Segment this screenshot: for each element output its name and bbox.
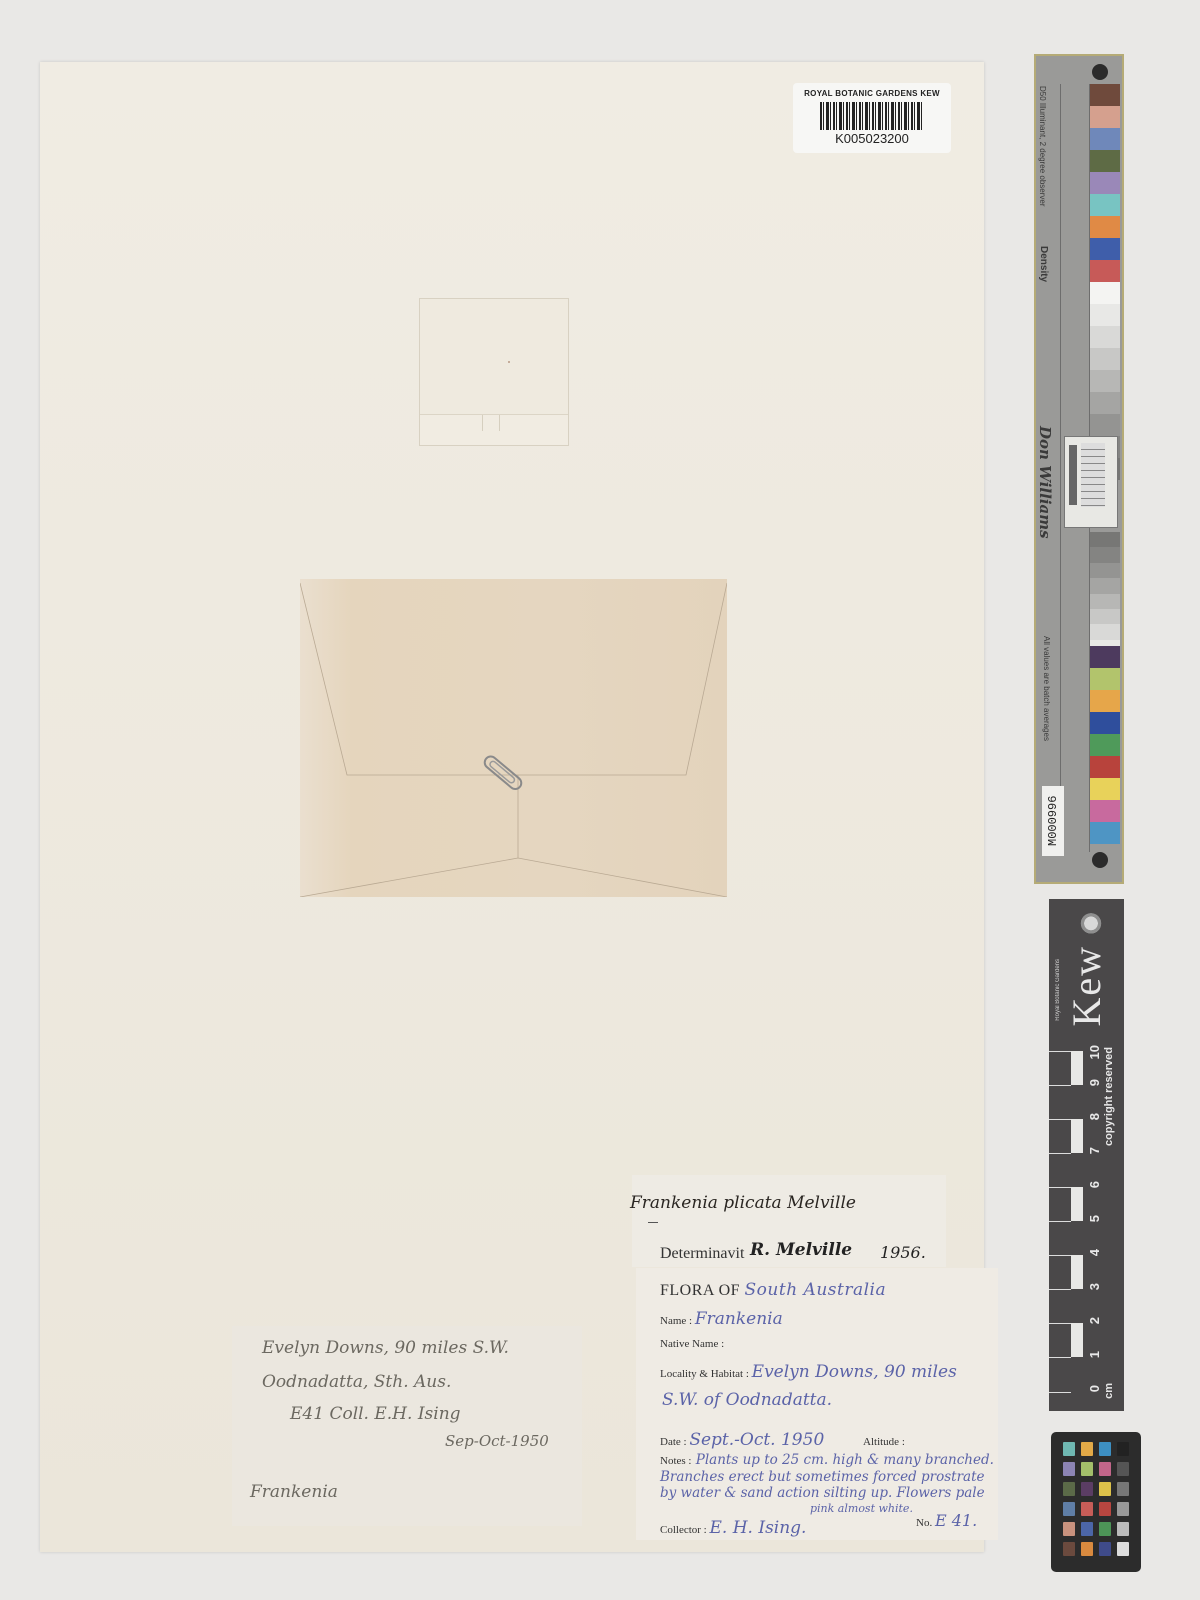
specimen-envelope[interactable] (300, 579, 727, 897)
scale-strip (1071, 1289, 1083, 1323)
date-value: Sept.-Oct. 1950 (689, 1430, 824, 1450)
scale-number: 9 (1087, 1079, 1102, 1086)
altitude-label: Altitude : (863, 1436, 905, 1448)
colour-swatch (1090, 238, 1120, 260)
checker-patch (1081, 1502, 1093, 1516)
scale-strip (1071, 1323, 1083, 1357)
name-value: Frankenia (695, 1309, 783, 1329)
checker-patch (1117, 1442, 1129, 1456)
scale-block (1049, 1153, 1071, 1189)
scale-number: 5 (1087, 1215, 1102, 1222)
locality-row-2: S.W. of Oodnadatta. (662, 1390, 832, 1410)
scale-strip (1071, 1187, 1083, 1221)
locality-row: Locality & Habitat : Evelyn Downs, 90 mi… (660, 1362, 957, 1382)
determination-year: 1956. (880, 1243, 926, 1262)
scale-number: 0 (1087, 1385, 1102, 1392)
colour-swatch (1090, 106, 1120, 128)
copyright-notice: copyright reserved (1103, 1047, 1115, 1146)
barcode-number: K005023200 (793, 131, 951, 146)
colour-swatch (1090, 734, 1120, 756)
checker-patch (1081, 1442, 1093, 1456)
notes-line-1: Plants up to 25 cm. high & many branched… (696, 1452, 994, 1468)
colour-swatch (1090, 150, 1120, 172)
institution-name: ROYAL BOTANIC GARDENS KEW (793, 89, 951, 98)
colour-swatch (1090, 194, 1120, 216)
gray-swatch (1090, 326, 1120, 348)
collector-label: Collector : (660, 1524, 707, 1536)
specimen-fragment (508, 361, 510, 363)
locality-label: Locality & Habitat : (660, 1368, 749, 1380)
colour-swatch (1090, 822, 1120, 844)
checker-patch (1063, 1522, 1075, 1536)
determined-taxon: Frankenia plicata Melville (630, 1193, 856, 1213)
slip-line-3: E41 Coll. E.H. Ising (290, 1404, 461, 1424)
gray-swatch (1090, 370, 1120, 392)
native-name-row: Native Name : (660, 1338, 724, 1350)
colour-swatch (1090, 756, 1120, 778)
colour-swatch (1090, 690, 1120, 712)
colour-calibration-ruler: D50 Illuminant, 2 degree observer Densit… (1034, 54, 1124, 884)
density-target (1064, 436, 1118, 528)
envelope-fold-lines (300, 579, 727, 897)
density-label: Density (1038, 246, 1049, 282)
colour-swatch (1090, 778, 1120, 800)
scale-strip (1071, 1357, 1083, 1391)
checker-patch (1081, 1542, 1093, 1556)
barcode-label: ROYAL BOTANIC GARDENS KEW K005023200 (793, 83, 951, 153)
slip-line-1: Evelyn Downs, 90 miles S.W. (262, 1338, 509, 1358)
checker-patch (1117, 1482, 1129, 1496)
checker-patch (1099, 1502, 1111, 1516)
notes-block: Notes : Plants up to 25 cm. high & many … (660, 1452, 1000, 1517)
colour-swatch (1090, 128, 1120, 150)
scale-number: 3 (1087, 1283, 1102, 1290)
gray-swatch (1090, 304, 1120, 326)
date-label: Date : (660, 1436, 687, 1448)
scale-number: 1 (1087, 1351, 1102, 1358)
slip-line-4: Sep-Oct-1950 (445, 1432, 549, 1450)
checker-patch (1117, 1522, 1129, 1536)
slip-line-2: Oodnadatta, Sth. Aus. (262, 1372, 451, 1392)
flora-title-prefix: FLORA OF (660, 1282, 740, 1299)
colour-swatch (1090, 216, 1120, 238)
determinavit-label: Determinavit (660, 1245, 744, 1263)
number-row: No. E 41. (916, 1511, 977, 1530)
number-label: No. (916, 1517, 932, 1529)
barcode-icon (820, 102, 924, 130)
date-row: Date : Sept.-Oct. 1950 Altitude : (660, 1430, 905, 1450)
scale-block (1049, 1051, 1071, 1087)
determiner-signature: R. Melville (750, 1240, 852, 1260)
ruler-side-note: D50 Illuminant, 2 degree observer (1038, 86, 1047, 207)
gray-swatch (1090, 282, 1120, 304)
scale-strip (1071, 1051, 1083, 1085)
kew-logo: Kew (1063, 945, 1110, 1027)
scale-number: 8 (1087, 1113, 1102, 1120)
fragment-packet[interactable] (419, 298, 569, 446)
locality-line-1: Evelyn Downs, 90 miles (752, 1362, 957, 1382)
checker-patch (1063, 1502, 1075, 1516)
collector-row: Collector : E. H. Ising. (660, 1518, 806, 1538)
scale-strip (1071, 1153, 1083, 1187)
notes-line-2: Branches erect but sometimes forced pros… (660, 1469, 1000, 1485)
checker-patch (1099, 1442, 1111, 1456)
scale-block (1049, 1085, 1071, 1121)
colour-checker-card (1051, 1432, 1141, 1572)
gray-swatch (1090, 392, 1120, 414)
scale-strip (1071, 1085, 1083, 1119)
flora-region: South Australia (745, 1280, 887, 1300)
kew-subtitle: Royal Botanic Gardens (1055, 959, 1061, 1021)
slip-line-5: Frankenia (250, 1482, 338, 1502)
checker-patch (1081, 1482, 1093, 1496)
checker-patch (1117, 1542, 1129, 1556)
colour-swatch (1090, 668, 1120, 690)
ruler-hole (1092, 852, 1108, 868)
checker-patch (1081, 1522, 1093, 1536)
kew-scale-bar: Royal Botanic Gardens Kew copyright rese… (1049, 899, 1124, 1411)
scale-block (1049, 1221, 1071, 1257)
density-scale (1081, 443, 1105, 507)
checker-patch (1063, 1482, 1075, 1496)
ruler-average-note: All values are batch averages (1042, 636, 1051, 741)
colour-swatch (1090, 84, 1120, 106)
notes-label: Notes : (660, 1455, 691, 1467)
checker-patch (1063, 1462, 1075, 1476)
ruler-brand: Don Williams (1036, 426, 1054, 539)
notes-line-3: by water & sand action silting up. Flowe… (660, 1485, 1000, 1501)
scale-block (1049, 1357, 1071, 1393)
colour-swatch (1090, 172, 1120, 194)
colour-swatch (1090, 800, 1120, 822)
number-value: E 41. (935, 1511, 977, 1530)
unit-label: cm (1103, 1383, 1115, 1399)
checker-patch (1099, 1522, 1111, 1536)
scale-block (1049, 1119, 1071, 1155)
density-bar (1069, 445, 1077, 505)
name-label: Name : (660, 1315, 692, 1327)
name-row: Name : Frankenia (660, 1309, 783, 1329)
colour-swatch (1090, 260, 1120, 282)
checker-patch (1063, 1442, 1075, 1456)
scale-block (1049, 1255, 1071, 1291)
colour-swatch (1090, 646, 1120, 668)
colour-swatch (1090, 712, 1120, 734)
underline-mark (648, 1222, 658, 1223)
checker-patch (1063, 1542, 1075, 1556)
flora-title-row: FLORA OF South Australia (660, 1280, 886, 1300)
scale-number: 2 (1087, 1317, 1102, 1324)
scale-number: 4 (1087, 1249, 1102, 1256)
scale-number: 10 (1087, 1045, 1102, 1059)
native-name-label: Native Name : (660, 1338, 724, 1350)
scale-number: 6 (1087, 1181, 1102, 1188)
locality-line-2: S.W. of Oodnadatta. (662, 1390, 832, 1410)
gray-swatch (1090, 348, 1120, 370)
scale-strip (1071, 1255, 1083, 1289)
checker-patch (1117, 1462, 1129, 1476)
scale-block (1049, 1289, 1071, 1325)
scale-blocks: 109876543210 (1049, 1051, 1083, 1401)
ruler-hole (1092, 64, 1108, 80)
scale-strip (1071, 1221, 1083, 1255)
gray-swatch (1090, 414, 1120, 436)
ruler-id-number: M000996 (1042, 786, 1064, 856)
checker-patch (1117, 1502, 1129, 1516)
checker-patch (1099, 1542, 1111, 1556)
scale-block (1049, 1323, 1071, 1359)
scale-number: 7 (1087, 1147, 1102, 1154)
checker-patch (1099, 1462, 1111, 1476)
checker-patch (1099, 1482, 1111, 1496)
paperclip-icon (482, 754, 523, 791)
packet-fold (420, 414, 568, 445)
scale-strip (1071, 1119, 1083, 1153)
kew-crest-icon (1077, 909, 1105, 941)
collector-value: E. H. Ising. (710, 1518, 807, 1538)
packet-tab (482, 415, 500, 431)
scale-block (1049, 1187, 1071, 1223)
checker-patch (1081, 1462, 1093, 1476)
